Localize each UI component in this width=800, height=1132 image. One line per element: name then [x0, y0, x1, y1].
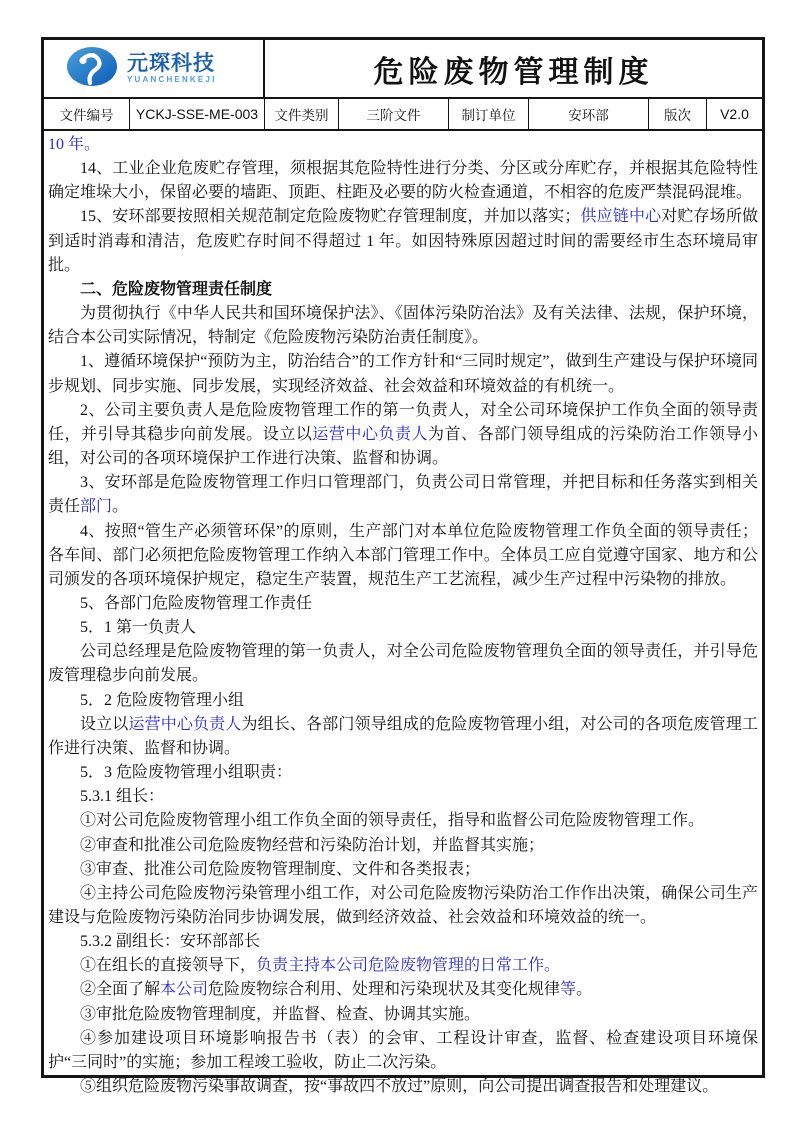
text-run: ⑤组织危险废物污染事故调查，按“事故四不放过”原则，向公司提出调查报告和处理建议…: [80, 1078, 718, 1095]
paragraph: 5、各部门危险废物管理工作责任: [48, 592, 758, 616]
title-cell: 危险废物管理制度: [265, 40, 762, 97]
paragraph: 2、公司主要负责人是危险废物管理工作的第一负责人，对全公司环境保护工作负全面的领…: [48, 399, 758, 471]
paragraph: 5.3.2 副组长：安环部部长: [48, 930, 758, 954]
text-run: 。: [576, 981, 592, 998]
text-run: 15、安环部要按照相关规范制定危险废物贮存管理制度，并加以落实；: [80, 208, 580, 225]
paragraph: ①对公司危险废物管理小组工作负全面的领导责任，指导和监督公司危险废物管理工作。: [48, 809, 758, 833]
text-run: ④参加建设项目环境影响报告书（表）的会审、工程设计审查，监督、检查建设项目环境保…: [48, 1030, 758, 1071]
paragraph: ②审查和批准公司危险废物经营和污染防治计划，并监督其实施；: [48, 834, 758, 858]
revision-highlight-text: 等: [560, 981, 576, 998]
revision-highlight-text: 本公司: [160, 981, 208, 998]
text-run: 4、按照“管生产必须管环保”的原则，生产部门对本单位危险废物管理工作负全面的领导…: [48, 523, 758, 588]
revision-highlight-text: 供应链中心: [580, 208, 661, 225]
text-run: ①在组长的直接领导下，: [80, 957, 256, 974]
text-run: 危险废物综合利用、处理和污染现状及其变化规律: [208, 981, 560, 998]
field-value-issuing-dept: 安环部: [529, 99, 649, 129]
text-run: 5．2 危险废物管理小组: [80, 692, 244, 709]
text-run: 公司总经理是危险废物管理的第一负责人，对全公司危险废物管理负全面的领导责任，并引…: [48, 643, 758, 684]
text-run: 设立以: [80, 716, 128, 733]
text-run: 5.3.1 组长：: [80, 788, 164, 805]
paragraph: 5．2 危险废物管理小组: [48, 689, 758, 713]
paragraph: 14、工业企业危废贮存管理，须根据其危险特性进行分类、分区或分库贮存，并根据其危…: [48, 157, 758, 205]
paragraph: ④参加建设项目环境影响报告书（表）的会审、工程设计审查，监督、检查建设项目环境保…: [48, 1027, 758, 1075]
text-run: 14、工业企业危废贮存管理，须根据其危险特性进行分类、分区或分库贮存，并根据其危…: [48, 160, 758, 201]
text-run: 5．1 第一负责人: [80, 619, 196, 636]
field-value-doc-category: 三阶文件: [339, 99, 449, 129]
paragraph: 1、遵循环境保护“预防为主，防治结合”的工作方针和“三同时规定”，做到生产建设与…: [48, 350, 758, 398]
field-label-doc-category: 文件类别: [265, 99, 339, 129]
logo-cell: 元琛科技 YUANCHENKEJI: [44, 40, 265, 97]
brand-name-cn: 元琛科技: [127, 53, 217, 74]
brand-text: 元琛科技 YUANCHENKEJI: [127, 53, 217, 84]
text-run: 1、遵循环境保护“预防为主，防治结合”的工作方针和“三同时规定”，做到生产建设与…: [48, 353, 758, 394]
field-label-doc-number: 文件编号: [44, 99, 130, 129]
text-run: ②审查和批准公司危险废物经营和污染防治计划，并监督其实施；: [80, 837, 544, 854]
text-run: 二、危险废物管理责任制度: [80, 281, 272, 298]
revision-highlight-text: 部门: [80, 498, 112, 515]
paragraph: 5.3.1 组长：: [48, 785, 758, 809]
page-title: 危险废物管理制度: [374, 47, 654, 91]
document-header: 元琛科技 YUANCHENKEJI 危险废物管理制度: [44, 40, 762, 99]
text-run: ③审查、批准公司危险废物管理制度、文件和各类报表；: [80, 861, 480, 878]
paragraph: 设立以运营中心负责人为组长、各部门领导组成的危险废物管理小组，对公司的各项危废管…: [48, 713, 758, 761]
field-value-doc-number: YCKJ-SSE-ME-003: [130, 99, 265, 129]
paragraph: 5．1 第一负责人: [48, 616, 758, 640]
section-heading: 二、危险废物管理责任制度: [48, 278, 758, 302]
field-value-version: V2.0: [707, 99, 762, 129]
company-logo-icon: [66, 46, 118, 92]
paragraph: ⑤组织危险废物污染事故调查，按“事故四不放过”原则，向公司提出调查报告和处理建议…: [48, 1075, 758, 1099]
text-run: 5．3 危险废物管理小组职责：: [80, 764, 292, 781]
paragraph: 3、安环部是危险废物管理工作归口管理部门，负责公司日常管理，并把目标和任务落实到…: [48, 471, 758, 519]
text-run: 5.3.2 副组长：安环部部长: [80, 933, 260, 950]
revision-highlight-text: 负责主持本公司危险废物管理的日常工作。: [256, 957, 560, 974]
paragraph: ③审批危险废物管理制度，并监督、检查、协调其实施。: [48, 1003, 758, 1027]
paragraph: 10 年。: [48, 133, 758, 157]
text-run: 为贯彻执行《中华人民共和国环境保护法》、《固体污染防治法》及有关法律、法规，保护…: [48, 305, 758, 346]
document-page: 元琛科技 YUANCHENKEJI 危险废物管理制度 文件编号 YCKJ-SSE…: [41, 37, 765, 1078]
text-run: ③审批危险废物管理制度，并监督、检查、协调其实施。: [80, 1006, 480, 1023]
field-label-version: 版次: [649, 99, 707, 129]
paragraph: 4、按照“管生产必须管环保”的原则，生产部门对本单位危险废物管理工作负全面的领导…: [48, 520, 758, 592]
document-info-row: 文件编号 YCKJ-SSE-ME-003 文件类别 三阶文件 制订单位 安环部 …: [44, 99, 762, 131]
text-run: 3、安环部是危险废物管理工作归口管理部门，负责公司日常管理，并把目标和任务落实到…: [48, 474, 758, 515]
paragraph: 15、安环部要按照相关规范制定危险废物贮存管理制度，并加以落实；供应链中心对贮存…: [48, 205, 758, 277]
text-run: 。: [112, 498, 128, 515]
text-run: ②全面了解: [80, 981, 160, 998]
paragraph: ①在组长的直接领导下，负责主持本公司危险废物管理的日常工作。: [48, 954, 758, 978]
paragraph: 为贯彻执行《中华人民共和国环境保护法》、《固体污染防治法》及有关法律、法规，保护…: [48, 302, 758, 350]
revision-highlight-text: 10 年。: [48, 136, 100, 153]
paragraph: ②全面了解本公司危险废物综合利用、处理和污染现状及其变化规律等。: [48, 978, 758, 1002]
revision-highlight-text: 运营中心负责人: [312, 426, 428, 443]
revision-highlight-text: 运营中心负责人: [128, 716, 241, 733]
brand-name-en: YUANCHENKEJI: [127, 76, 217, 84]
text-run: 5、各部门危险废物管理工作责任: [80, 595, 312, 612]
paragraph: 5．3 危险废物管理小组职责：: [48, 761, 758, 785]
text-run: ④主持公司危险废物污染管理小组工作，对公司危险废物污染防治工作作出决策，确保公司…: [48, 885, 758, 926]
paragraph: ③审查、批准公司危险废物管理制度、文件和各类报表；: [48, 858, 758, 882]
field-label-issuing-dept: 制订单位: [449, 99, 529, 129]
paragraph: 公司总经理是危险废物管理的第一负责人，对全公司危险废物管理负全面的领导责任，并引…: [48, 640, 758, 688]
document-body: 10 年。14、工业企业危废贮存管理，须根据其危险特性进行分类、分区或分库贮存，…: [44, 131, 762, 1099]
paragraph: ④主持公司危险废物污染管理小组工作，对公司危险废物污染防治工作作出决策，确保公司…: [48, 882, 758, 930]
text-run: ①对公司危险废物管理小组工作负全面的领导责任，指导和监督公司危险废物管理工作。: [80, 812, 704, 829]
